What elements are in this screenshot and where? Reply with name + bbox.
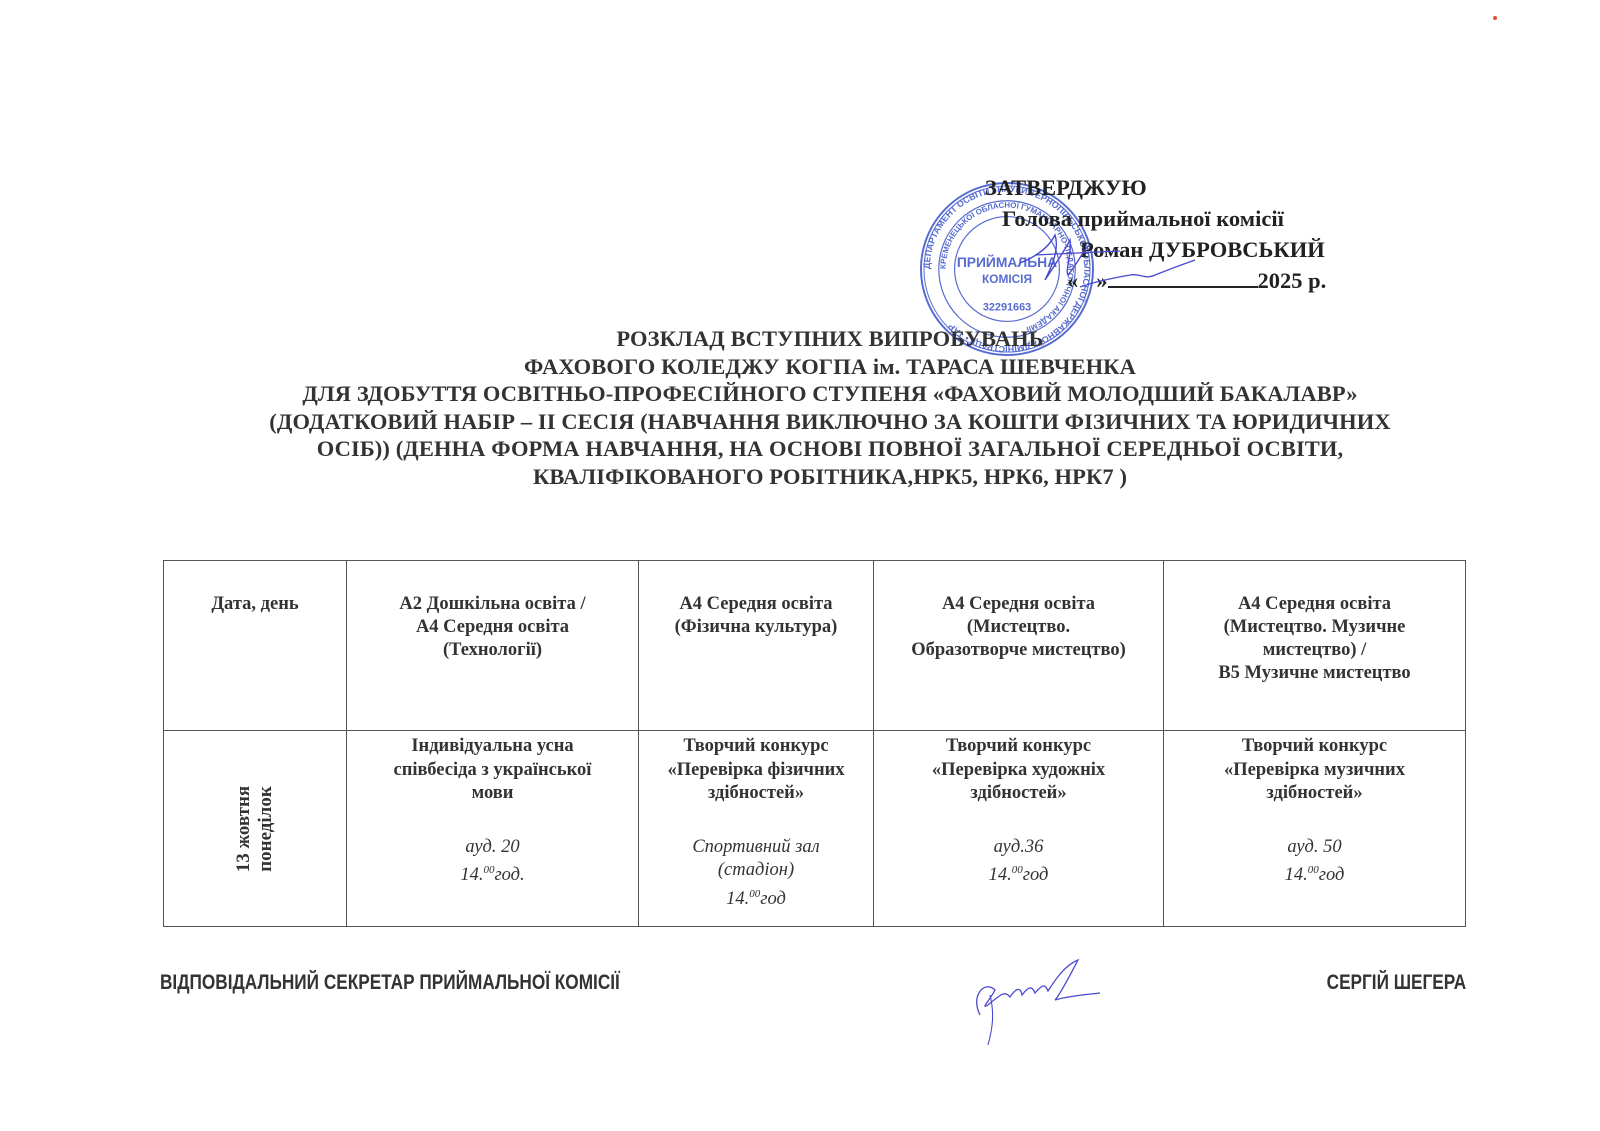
approval-year: 2025 р. <box>1258 268 1327 293</box>
header-program-4: А4 Середня освіта (Мистецтво. Музичне ми… <box>1164 561 1466 731</box>
date-cell: 13 жовтня понеділок <box>164 731 347 927</box>
exam-cell: Творчий конкурс «Перевірка музичних здіб… <box>1164 731 1466 927</box>
secretary-signature <box>960 955 1110 1050</box>
exam-cell: Індивідуальна усна співбесіда з українсь… <box>347 731 639 927</box>
approval-heading: ЗАТВЕРДЖУЮ <box>985 172 1405 203</box>
schedule-table: Дата, день А2 Дошкільна освіта / А4 Сере… <box>163 560 1466 927</box>
table-row: 13 жовтня понеділок Індивідуальна усна с… <box>164 731 1466 927</box>
approval-name: Роман ДУБРОВСЬКИЙ <box>985 234 1405 265</box>
document-title: РОЗКЛАД ВСТУПНИХ ВИПРОБУВАНЬ ФАХОВОГО КО… <box>160 325 1500 491</box>
secretary-title: ВІДПОВІДАЛЬНИЙ СЕКРЕТАР ПРИЙМАЛЬНОЇ КОМІ… <box>160 971 620 995</box>
approval-position: Голова приймальної комісії <box>985 203 1405 234</box>
header-program-1: А2 Дошкільна освіта / А4 Середня освіта … <box>347 561 639 731</box>
exam-cell: Творчий конкурс «Перевірка художніх здіб… <box>874 731 1164 927</box>
date-month-line <box>1108 268 1258 288</box>
header-program-2: А4 Середня освіта (Фізична культура) <box>639 561 874 731</box>
table-header-row: Дата, день А2 Дошкільна освіта / А4 Сере… <box>164 561 1466 731</box>
scan-mark <box>1493 16 1497 20</box>
approval-date: «»2025 р. <box>985 265 1405 296</box>
secretary-name: СЕРГІЙ ШЕГЕРА <box>1326 971 1466 995</box>
exam-cell: Творчий конкурс «Перевірка фізичних здіб… <box>639 731 874 927</box>
header-date: Дата, день <box>164 561 347 731</box>
header-program-3: А4 Середня освіта (Мистецтво. Образотвор… <box>874 561 1164 731</box>
approval-block: ЗАТВЕРДЖУЮ Голова приймальної комісії Ро… <box>985 172 1405 296</box>
svg-text:32291663: 32291663 <box>983 302 1031 314</box>
